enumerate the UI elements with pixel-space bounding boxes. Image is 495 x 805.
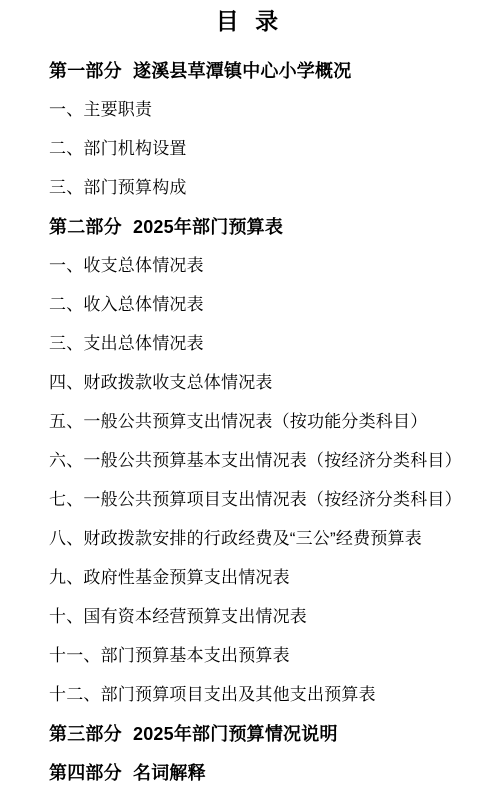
toc-item: 一、收支总体情况表 (49, 256, 477, 276)
table-of-contents: 第一部分 遂溪县草潭镇中心小学概况 一、主要职责 二、部门机构设置 三、部门预算… (0, 61, 495, 783)
toc-item: 十、国有资本经营预算支出情况表 (49, 607, 477, 627)
toc-item: 一、主要职责 (49, 100, 477, 120)
toc-item: 十二、部门预算项目支出及其他支出预算表 (49, 685, 477, 705)
toc-item: 八、财政拨款安排的行政经费及“三公”经费预算表 (49, 529, 477, 549)
toc-item: 二、部门机构设置 (49, 139, 477, 159)
toc-item: 九、政府性基金预算支出情况表 (49, 568, 477, 588)
document-page: 目 录 第一部分 遂溪县草潭镇中心小学概况 一、主要职责 二、部门机构设置 三、… (0, 0, 495, 805)
toc-item: 十一、部门预算基本支出预算表 (49, 646, 477, 666)
toc-item: 二、收入总体情况表 (49, 295, 477, 315)
toc-item: 六、一般公共预算基本支出情况表（按经济分类科目） (49, 451, 477, 471)
toc-item: 三、部门预算构成 (49, 178, 477, 198)
toc-item: 五、一般公共预算支出情况表（按功能分类科目） (49, 412, 477, 432)
toc-item: 三、支出总体情况表 (49, 334, 477, 354)
toc-section-heading: 第四部分 名词解释 (49, 763, 477, 783)
toc-item: 七、一般公共预算项目支出情况表（按经济分类科目） (49, 490, 477, 510)
toc-section-heading: 第二部分 2025年部门预算表 (49, 217, 477, 237)
toc-section-heading: 第一部分 遂溪县草潭镇中心小学概况 (49, 61, 477, 81)
toc-section-heading: 第三部分 2025年部门预算情况说明 (49, 724, 477, 744)
toc-item: 四、财政拨款收支总体情况表 (49, 373, 477, 393)
document-title: 目 录 (0, 8, 495, 35)
